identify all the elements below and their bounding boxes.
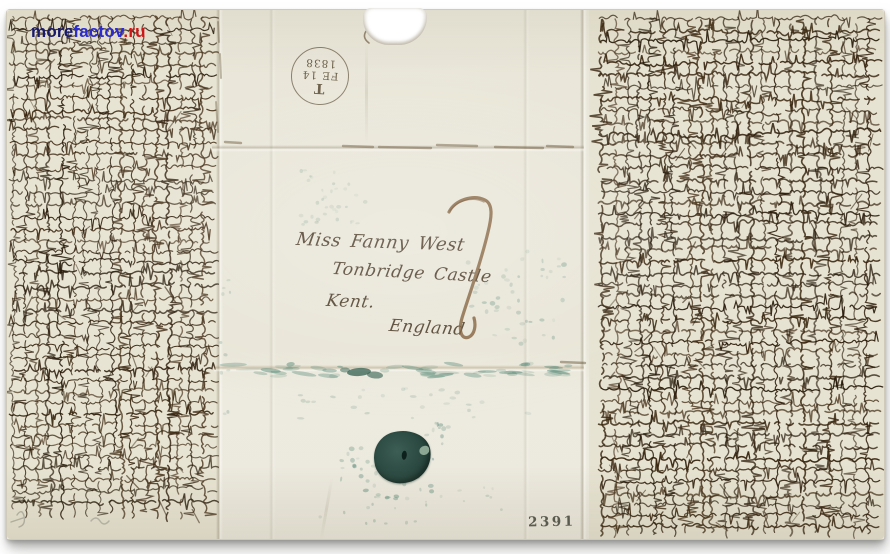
postmark-date: FE 14 bbox=[301, 69, 338, 83]
address-county: Kent. bbox=[325, 291, 377, 313]
letter-paper: T FE 14 1838 Miss Fanny West Tonbridge C… bbox=[6, 9, 885, 540]
postmark-year: 1838 bbox=[305, 57, 336, 71]
wax-seal-hole bbox=[401, 450, 407, 459]
watermark-part-3: .ru bbox=[123, 22, 145, 41]
watermark-part-1: more bbox=[31, 22, 73, 41]
site-watermark: morefactov.ru bbox=[31, 22, 146, 42]
cross-written-text-left-panel bbox=[7, 10, 219, 539]
rate-mark-7 bbox=[435, 190, 505, 355]
cross-written-text-right-panel bbox=[589, 10, 884, 539]
postmark-letter: T bbox=[314, 81, 325, 95]
catalog-number: 2391 bbox=[528, 514, 576, 531]
letter-photo: T FE 14 1838 Miss Fanny West Tonbridge C… bbox=[0, 0, 890, 554]
wax-seal-chip bbox=[419, 445, 430, 455]
watermark-part-2: factov bbox=[73, 22, 123, 41]
